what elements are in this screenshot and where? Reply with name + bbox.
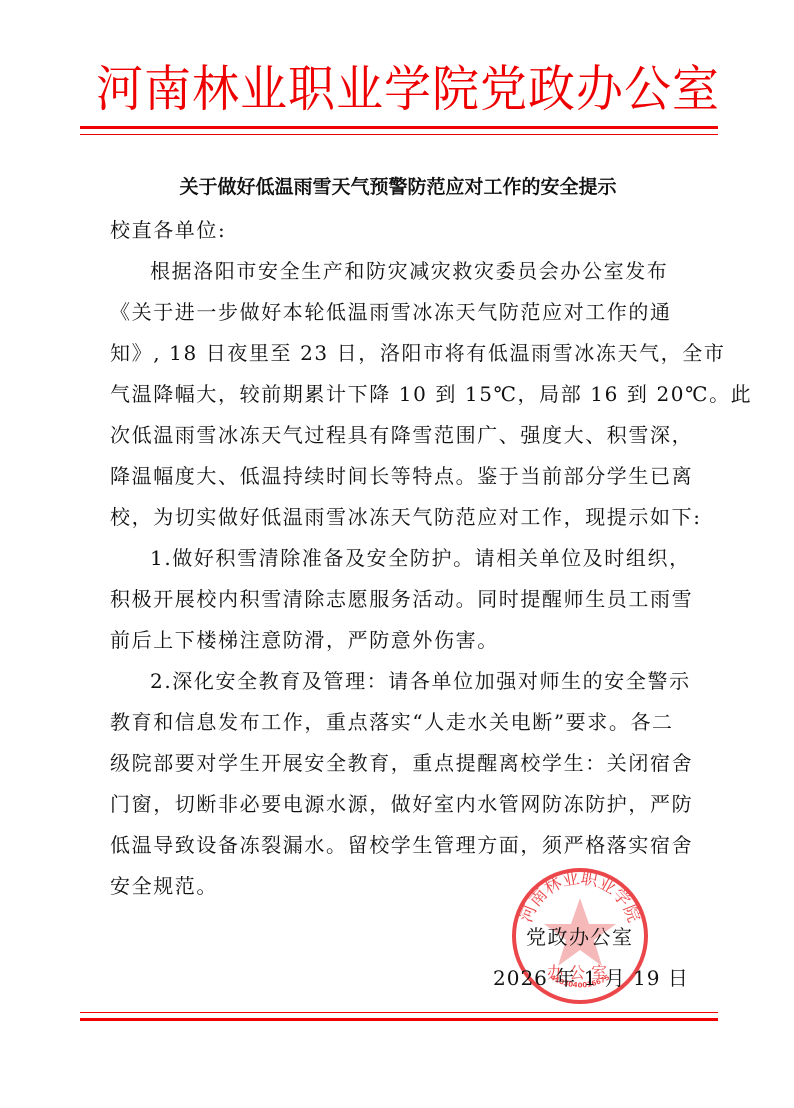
text-line: 校，为切实做好低温雨雪冰冻天气防范应对工作，现提示如下: [110,497,688,538]
footer-rule-thick [80,1018,718,1021]
text-line: 前后上下楼梯注意防滑，严防意外伤害。 [110,620,688,661]
document-title: 关于做好低温雨雪天气预警防范应对工作的安全提示 [100,172,696,199]
paragraph-item-1: 1.做好积雪清除准备及安全防护。请相关单位及时组织， 积极开展校内积雪清除志愿服… [110,538,688,661]
text-line: 降温幅度大、低温持续时间长等特点。鉴于当前部分学生已离 [110,456,688,497]
header-rule-thin [80,134,718,135]
text-line: 积极开展校内积雪清除志愿服务活动。同时提醒师生员工雨雪 [110,579,688,620]
text-line: 级院部要对学生开展安全教育，重点提醒离校学生：关闭宿舍 [110,743,688,784]
text-line: 低温导致设备冻裂漏水。留校学生管理方面，须严格落实宿舍 [110,825,688,866]
issue-date: 2026 年 1 月 19 日 [493,962,689,991]
text-line: 次低温雨雪冰冻天气过程具有降雪范围广、强度大、积雪深， [110,415,688,456]
footer-rule-thin [80,1012,718,1013]
text-line: 教育和信息发布工作，重点落实“人走水关电断”要求。各二 [110,702,688,743]
letterhead-title: 河南林业职业学院党政办公室 [96,61,700,120]
text-line: 《关于进一步做好本轮低温雨雪冰冻天气防范应对工作的通 [110,292,688,333]
text-line: 1.做好积雪清除准备及安全防护。请相关单位及时组织， [110,538,688,579]
salutation: 校直各单位: [110,210,688,251]
signature-office: 党政办公室 [526,921,634,950]
text-line: 2.深化安全教育及管理：请各单位加强对师生的安全警示 [110,661,688,702]
text-line: 根据洛阳市安全生产和防灾减灾救灾委员会办公室发布 [110,251,688,292]
text-line: 门窗，切断非必要电源水源，做好室内水管网防冻防护，严防 [110,784,688,825]
paragraph-intro: 根据洛阳市安全生产和防灾减灾救灾委员会办公室发布 《关于进一步做好本轮低温雨雪冰… [110,251,688,538]
header-rule-thick [80,126,718,129]
text-line: 气温降幅大，较前期累计下降 10 到 15℃，局部 16 到 20℃。此 [110,374,688,415]
text-line: 知》, 18 日夜里至 23 日，洛阳市将有低温雨雪冰冻天气，全市 [110,333,688,374]
